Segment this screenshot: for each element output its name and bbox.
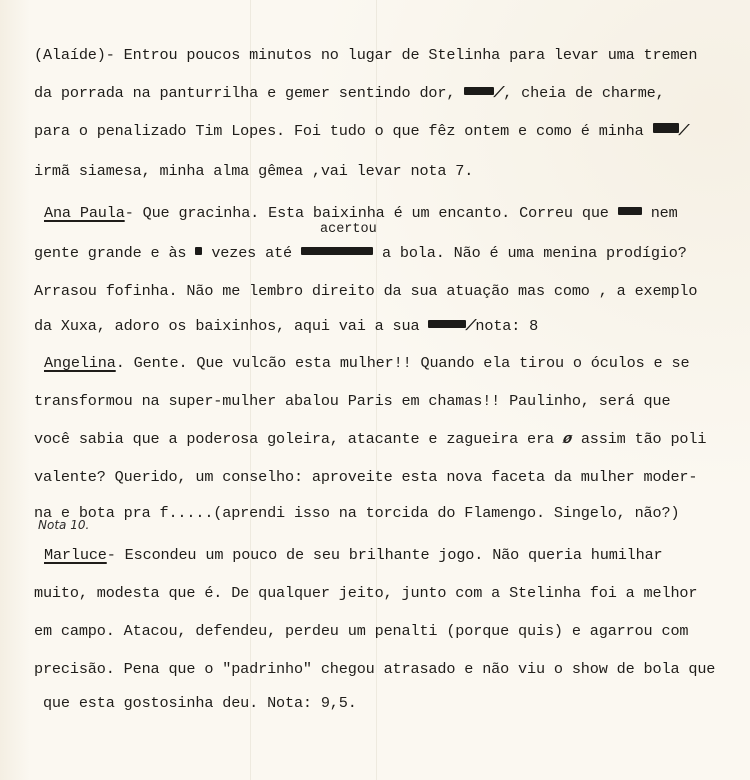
- angelina-line-5: na e bota pra f.....(aprendi isso na tor…: [34, 504, 679, 522]
- text-span: nota: 8: [475, 317, 538, 335]
- struck-out-word: [464, 87, 494, 95]
- ana-paula-line-3: Arrasou fofinha. Não me lembro direito d…: [34, 282, 697, 300]
- text-span: para o penalizado Tim Lopes. Foi tudo o …: [34, 122, 644, 140]
- struck-out-word: [653, 123, 679, 133]
- text-span: da Xuxa, adoro os baixinhos, aqui vai a …: [34, 317, 419, 335]
- player-name: Ana Paula: [44, 204, 125, 222]
- text-span: gente grande e às: [34, 244, 186, 262]
- ana-paula-line-1: Ana Paula- Que gracinha. Esta baixinha é…: [44, 204, 678, 222]
- correction-slash: ø: [560, 430, 576, 448]
- struck-out-letter: [195, 247, 202, 255]
- alaide-line-3: para o penalizado Tim Lopes. Foi tudo o …: [34, 122, 688, 140]
- marluce-line-5: que esta gostosinha deu. Nota: 9,5.: [34, 694, 357, 712]
- text-span: vezes até: [211, 244, 292, 262]
- alaide-line-2: da porrada na panturrilha e gemer sentin…: [34, 84, 665, 102]
- text-span: , cheia de charme,: [503, 84, 664, 102]
- marluce-line-3: em campo. Atacou, defendeu, perdeu um pe…: [34, 622, 688, 640]
- alaide-line-4: irmã siamesa, minha alma gêmea ,vai leva…: [34, 162, 473, 180]
- player-name: Marluce: [44, 546, 107, 564]
- typewritten-page: (Alaíde)- Entrou poucos minutos no lugar…: [0, 0, 750, 780]
- ana-paula-line-2: gente grande e às vezes até a bola. Não …: [34, 244, 687, 262]
- text-span: a bola. Não é uma menina prodígio?: [382, 244, 687, 262]
- text-span: você sabia que a poderosa goleira, ataca…: [34, 430, 554, 448]
- marluce-line-2: muito, modesta que é. De qualquer jeito,…: [34, 584, 697, 602]
- text-span: - Escondeu um pouco de seu brilhante jog…: [107, 546, 663, 564]
- text-span: assim tão poli: [581, 430, 707, 448]
- angelina-line-1: Angelina. Gente. Que vulcão esta mulher!…: [44, 354, 689, 372]
- angelina-line-4: valente? Querido, um conselho: aproveite…: [34, 468, 697, 486]
- ana-paula-line-4: da Xuxa, adoro os baixinhos, aqui vai a …: [34, 317, 538, 335]
- text-span: nem: [651, 204, 678, 222]
- struck-out-word: [428, 320, 466, 328]
- text-span: - Que gracinha. Esta baixinha é um encan…: [125, 204, 609, 222]
- struck-out-word: [301, 247, 373, 255]
- marluce-line-1: Marluce- Escondeu um pouco de seu brilha…: [44, 546, 663, 564]
- inserted-word: acertou: [320, 222, 377, 237]
- marluce-line-4: precisão. Pena que o "padrinho" chegou a…: [34, 660, 715, 678]
- handwritten-grade: Nota 10.: [38, 518, 89, 532]
- struck-out-word: [618, 207, 642, 215]
- angelina-line-2: transformou na super-mulher abalou Paris…: [34, 392, 670, 410]
- text-span: da porrada na panturrilha e gemer sentin…: [34, 84, 455, 102]
- alaide-line-1: (Alaíde)- Entrou poucos minutos no lugar…: [34, 46, 697, 64]
- text-span: . Gente. Que vulcão esta mulher!! Quando…: [116, 354, 690, 372]
- player-name: Angelina: [44, 354, 116, 372]
- angelina-line-3: você sabia que a poderosa goleira, ataca…: [34, 430, 706, 448]
